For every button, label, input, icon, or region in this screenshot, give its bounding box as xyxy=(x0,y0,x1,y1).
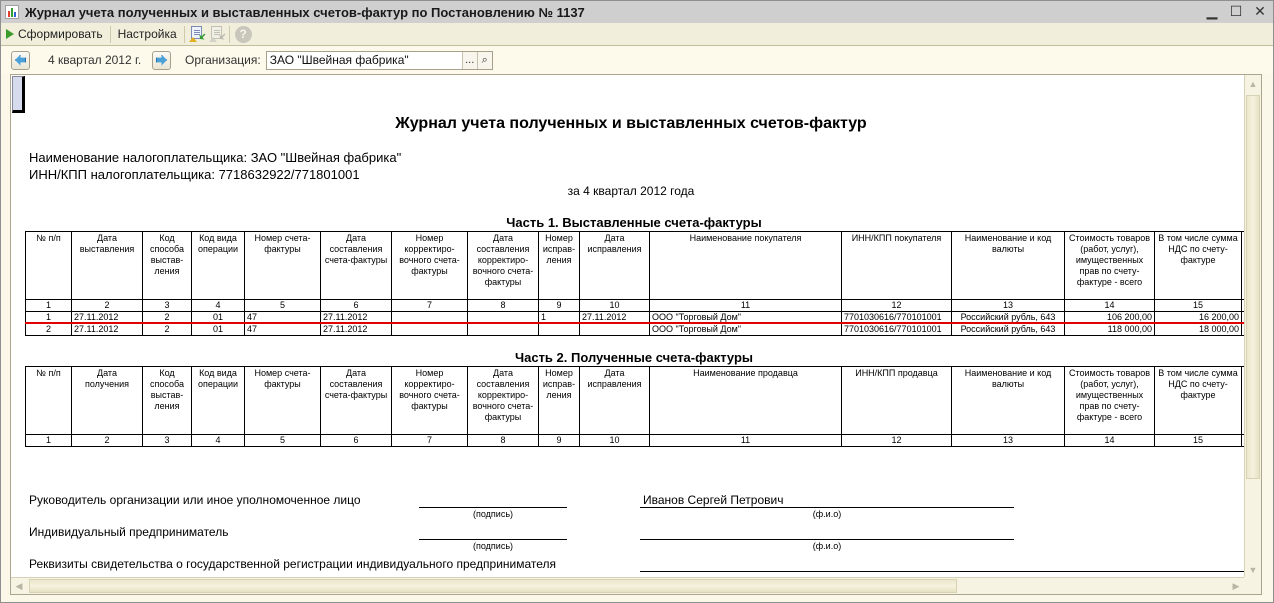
part2-cell: 7 xyxy=(392,435,468,447)
part2-cell: 10 xyxy=(580,435,650,447)
toolbar-separator xyxy=(229,26,230,43)
part1-cell xyxy=(539,324,580,336)
part1-cell: Дата исправления xyxy=(580,232,650,300)
load-from-file-icon[interactable] xyxy=(210,26,224,42)
part1-cell: 13 xyxy=(952,300,1065,312)
part2-cell: 6 xyxy=(321,435,392,447)
part1-table: № п/пДата выставленияКод способа выстав-… xyxy=(25,231,1248,336)
horizontal-scrollbar[interactable]: ◀ ▶ xyxy=(11,577,1244,594)
head-signature-caption: (подпись) xyxy=(419,509,567,519)
part1-cell: Российский рубль, 643 xyxy=(952,324,1065,336)
part2-cell: 9 xyxy=(539,435,580,447)
report-title: Журнал учета полученных и выставленных с… xyxy=(11,115,1251,133)
part1-cell: Номер счета-фактуры xyxy=(245,232,321,300)
part2-table: № п/пДата полученияКод способа выстав-ле… xyxy=(25,366,1248,447)
part1-cell: 3 xyxy=(143,300,192,312)
horizontal-scroll-thumb[interactable] xyxy=(29,579,957,593)
part1-cell: 15 xyxy=(1155,300,1242,312)
part2-cell: 13 xyxy=(952,435,1065,447)
part1-cell: 5 xyxy=(245,300,321,312)
scrollbar-corner xyxy=(1244,577,1261,594)
report-body: Журнал учета полученных и выставленных с… xyxy=(11,75,1251,585)
part2-cell: Дата получения xyxy=(72,367,143,435)
organization-label: Организация: xyxy=(185,53,261,67)
part1-cell: 01 xyxy=(192,324,245,336)
report-app-icon xyxy=(5,5,19,19)
scroll-left-icon[interactable]: ◀ xyxy=(11,578,27,594)
part1-cell: Номер корректиро-вочного счета-фактуры xyxy=(392,232,468,300)
part2-cell: 14 xyxy=(1065,435,1155,447)
window-title: Журнал учета полученных и выставленных с… xyxy=(25,5,585,20)
toolbar: Сформировать Настройка ? xyxy=(1,23,1273,46)
vertical-scroll-thumb[interactable] xyxy=(1246,95,1260,479)
part2-cell: Наименование продавца xyxy=(650,367,842,435)
scroll-right-icon[interactable]: ▶ xyxy=(1228,578,1244,594)
part2-cell: 2 xyxy=(72,435,143,447)
head-name: Иванов Сергей Петрович xyxy=(643,493,783,507)
part1-cell: 7701030616/770101001 xyxy=(842,324,952,336)
part1-cell: 2 xyxy=(26,324,72,336)
part2-cell: Номер корректиро-вочного счета-фактуры xyxy=(392,367,468,435)
part1-cell: Дата составления корректиро-вочного счет… xyxy=(468,232,539,300)
part1-cell: Номер исправ-ления xyxy=(539,232,580,300)
part2-cell: 11 xyxy=(650,435,842,447)
period-label: 4 квартал 2012 г. xyxy=(48,53,143,67)
arrow-left-icon xyxy=(15,55,26,66)
select-organization-button[interactable]: ... xyxy=(462,52,477,69)
part1-cell: ООО "Торговый Дом" xyxy=(650,324,842,336)
toolbar-separator xyxy=(110,26,111,43)
part1-title: Часть 1. Выставленные счета-фактуры xyxy=(11,215,1257,230)
organization-value[interactable]: ЗАО "Швейная фабрика" xyxy=(267,53,462,67)
period-bar: 4 квартал 2012 г. Организация: ЗАО "Швей… xyxy=(1,46,1273,74)
part1-cell: Наименование и код валюты xyxy=(952,232,1065,300)
part2-cell: Номер счета-фактуры xyxy=(245,367,321,435)
part1-cell: 8 xyxy=(468,300,539,312)
previous-period-button[interactable] xyxy=(11,51,30,70)
ip-signature-label: Индивидуальный предприниматель xyxy=(29,525,228,539)
part2-cell: Дата исправления xyxy=(580,367,650,435)
table-row: 227.11.20122014727.11.2012ООО "Торговый … xyxy=(26,324,1248,336)
help-icon[interactable]: ? xyxy=(235,26,252,43)
ip-certificate-line xyxy=(640,571,1250,572)
part2-cell: Наименование и код валюты xyxy=(952,367,1065,435)
part1-cell xyxy=(468,324,539,336)
vertical-scrollbar[interactable]: ▲ ▼ xyxy=(1244,75,1261,578)
part2-cell: Номер исправ-ления xyxy=(539,367,580,435)
row-separator-highlight xyxy=(25,322,1249,324)
part1-cell: Стоимость товаров (работ, услуг), имущес… xyxy=(1065,232,1155,300)
part1-cell: ИНН/КПП покупателя xyxy=(842,232,952,300)
part1-cell: 27.11.2012 xyxy=(72,324,143,336)
part2-cell: Код способа выстав-ления xyxy=(143,367,192,435)
table-column-numbers-row: 123456789101112131415 xyxy=(26,300,1248,312)
generate-button[interactable]: Сформировать xyxy=(1,25,108,44)
part1-cell: 118 000,00 xyxy=(1065,324,1155,336)
part1-cell: Наименование покупателя xyxy=(650,232,842,300)
part1-cell: 27.11.2012 xyxy=(321,324,392,336)
report-period: за 4 квартал 2012 года xyxy=(11,184,1251,198)
part2-cell: 8 xyxy=(468,435,539,447)
report-window: Журнал учета полученных и выставленных с… xyxy=(0,0,1274,603)
ip-fio-caption: (ф.и.о) xyxy=(640,541,1014,551)
ip-certificate-label: Реквизиты свидетельства о государственно… xyxy=(29,557,556,571)
table-column-numbers-row: 123456789101112131415 xyxy=(26,435,1248,447)
settings-label: Настройка xyxy=(118,27,177,41)
scroll-down-icon[interactable]: ▼ xyxy=(1245,561,1261,578)
ip-fio-line xyxy=(640,539,1014,540)
part1-cell: 6 xyxy=(321,300,392,312)
part2-title: Часть 2. Полученные счета-фактуры xyxy=(11,350,1257,365)
next-period-button[interactable] xyxy=(152,51,171,70)
head-fio-caption: (ф.и.о) xyxy=(640,509,1014,519)
head-signature-label: Руководитель организации или иное уполно… xyxy=(29,493,361,507)
part1-cell: 47 xyxy=(245,324,321,336)
settings-button[interactable]: Настройка xyxy=(113,25,182,44)
part2-cell: 15 xyxy=(1155,435,1242,447)
part2-cell: Дата составления корректиро-вочного счет… xyxy=(468,367,539,435)
part1-cell: № п/п xyxy=(26,232,72,300)
part2-cell: Код вида операции xyxy=(192,367,245,435)
part2-cell: ИНН/КПП продавца xyxy=(842,367,952,435)
part1-cell: 12 xyxy=(842,300,952,312)
minimize-button[interactable]: ▁ xyxy=(1205,3,1219,19)
part1-cell: Дата выставления xyxy=(72,232,143,300)
part2-cell: Дата составления счета-фактуры xyxy=(321,367,392,435)
part2-cell: 12 xyxy=(842,435,952,447)
title-bar: Журнал учета полученных и выставленных с… xyxy=(1,1,1273,23)
part1-cell: 2 xyxy=(72,300,143,312)
part2-cell: 3 xyxy=(143,435,192,447)
search-icon[interactable]: ⌕ xyxy=(477,52,492,69)
save-to-file-icon[interactable] xyxy=(190,26,204,42)
generate-label: Сформировать xyxy=(18,27,103,41)
spreadsheet-document[interactable]: Журнал учета полученных и выставленных с… xyxy=(10,74,1262,595)
part2-cell: 1 xyxy=(26,435,72,447)
scroll-up-icon[interactable]: ▲ xyxy=(1245,75,1261,92)
part1-cell: 1 xyxy=(26,300,72,312)
part1-cell xyxy=(580,324,650,336)
part1-cell: 2 xyxy=(143,324,192,336)
part2-cell: 4 xyxy=(192,435,245,447)
part2-cell: Стоимость товаров (работ, услуг), имущес… xyxy=(1065,367,1155,435)
part1-cell: В том числе сумма НДС по счету-фактуре xyxy=(1155,232,1242,300)
close-button[interactable]: ✕ xyxy=(1253,3,1267,19)
part1-cell: Код вида операции xyxy=(192,232,245,300)
head-signature-line xyxy=(419,507,567,508)
part2-cell: № п/п xyxy=(26,367,72,435)
table-header-row: № п/пДата выставленияКод способа выстав-… xyxy=(26,232,1248,300)
part1-cell: 10 xyxy=(580,300,650,312)
part1-cell: Дата составления счета-фактуры xyxy=(321,232,392,300)
head-fio-line xyxy=(640,507,1014,508)
part2-cell: 5 xyxy=(245,435,321,447)
taxpayer-inn: ИНН/КПП налогоплательщика: 7718632922/77… xyxy=(29,167,360,182)
part1-cell: 7 xyxy=(392,300,468,312)
part1-cell: 14 xyxy=(1065,300,1155,312)
part1-cell: 4 xyxy=(192,300,245,312)
maximize-button[interactable]: ☐ xyxy=(1229,3,1243,19)
table-header-row: № п/пДата полученияКод способа выстав-ле… xyxy=(26,367,1248,435)
taxpayer-name: Наименование налогоплательщика: ЗАО "Шве… xyxy=(29,150,401,165)
part2-cell: В том числе сумма НДС по счету-фактуре xyxy=(1155,367,1242,435)
ip-signature-line xyxy=(419,539,567,540)
part1-cell xyxy=(392,324,468,336)
part1-cell: Код способа выстав-ления xyxy=(143,232,192,300)
part1-cell: 18 000,00 xyxy=(1155,324,1242,336)
part1-cell: 11 xyxy=(650,300,842,312)
ip-signature-caption: (подпись) xyxy=(419,541,567,551)
arrow-right-icon xyxy=(156,55,167,66)
part1-cell: 9 xyxy=(539,300,580,312)
organization-field[interactable]: ЗАО "Швейная фабрика" ... ⌕ xyxy=(266,51,493,70)
play-icon xyxy=(6,29,14,39)
toolbar-separator xyxy=(184,26,185,43)
